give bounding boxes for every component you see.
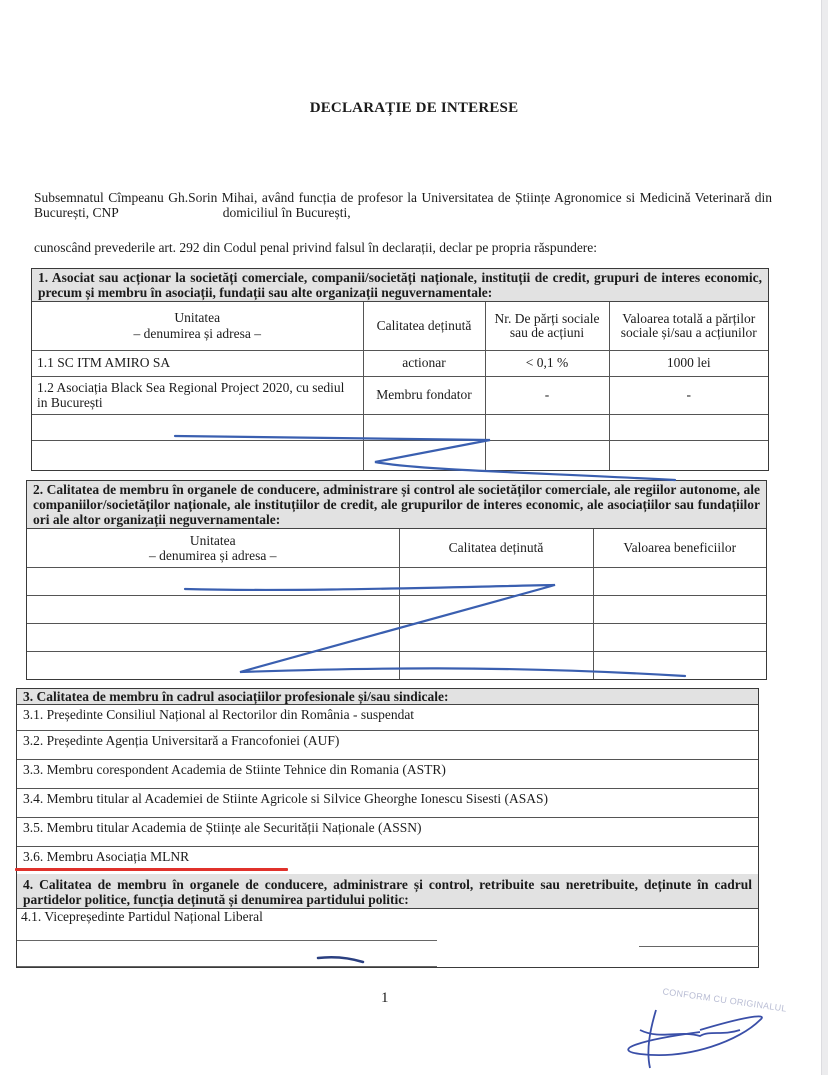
page-number: 1 <box>381 990 389 1007</box>
col-nr-parti: Nr. De părți sociale sau de acțiuni <box>485 302 609 350</box>
section2-table: 2. Calitatea de membru în organele de co… <box>26 480 767 680</box>
list-item: 3.1. Președinte Consiliul Național al Re… <box>17 705 758 731</box>
list-item: 3.4. Membru titular al Academiei de Stii… <box>17 789 758 818</box>
document-title: DECLARAȚIE DE INTERESE <box>0 100 828 117</box>
declarant-statement: Subsemnatul Cîmpeanu Gh.Sorin Mihai, avâ… <box>34 190 772 220</box>
col-valoarea-beneficiilor: Valoarea beneficiilor <box>593 529 766 567</box>
legal-statement: cunoscând prevederile art. 292 din Codul… <box>34 240 772 255</box>
section1-header: 1. Asociat sau acționar la societăți com… <box>32 269 768 302</box>
table-row: 1.2 Asociația Black Sea Regional Project… <box>32 376 768 414</box>
section2-header: 2. Calitatea de membru în organele de co… <box>27 481 766 529</box>
list-item: 3.3. Membru corespondent Academia de Sti… <box>17 760 758 789</box>
col-unitatea: Unitatea– denumirea și adresa – <box>27 529 399 567</box>
section1-table: 1. Asociat sau acționar la societăți com… <box>31 268 769 471</box>
highlight-underline <box>15 868 288 871</box>
domicile-text: domiciliul în București, <box>223 205 351 220</box>
list-item: 3.2. Președinte Agenția Universitară a F… <box>17 731 758 760</box>
table-row: 1.1 SC ITM AMIRO SA actionar < 0,1 % 100… <box>32 350 768 376</box>
section4-table: 4. Calitatea de membru în organele de co… <box>16 874 759 968</box>
section4-header: 4. Calitatea de membru în organele de co… <box>17 874 758 909</box>
col-valoarea: Valoarea totală a părților sociale și/sa… <box>609 302 768 350</box>
col-unitatea: Unitatea– denumirea și adresa – <box>32 302 363 350</box>
declarant-text: Subsemnatul Cîmpeanu Gh.Sorin Mihai, avâ… <box>34 190 772 220</box>
stamp-text: CONFORM CU ORIGINALUL <box>662 986 787 1013</box>
page-edge <box>821 0 828 1075</box>
list-item: 4.1. Vicepreședinte Partidul Național Li… <box>17 909 758 925</box>
list-item: 3.5. Membru titular Academia de Științe … <box>17 818 758 847</box>
col-calitatea: Calitatea deținută <box>399 529 593 567</box>
section3-header: 3. Calitatea de membru în cadrul asociaț… <box>17 689 758 705</box>
col-calitatea: Calitatea deținută <box>363 302 485 350</box>
section3-table: 3. Calitatea de membru în cadrul asociaț… <box>16 688 759 875</box>
